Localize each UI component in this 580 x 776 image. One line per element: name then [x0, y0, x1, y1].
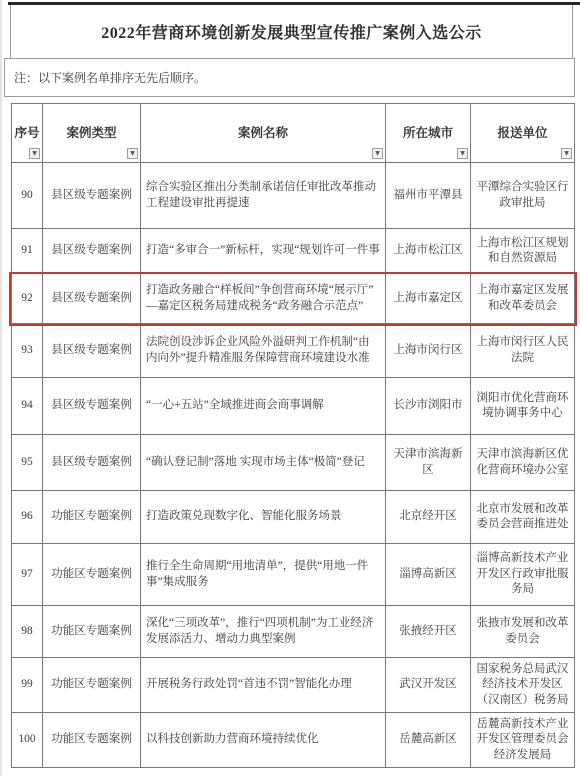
cell-name: “一心+五站”全域推进商会商事调解 — [141, 378, 386, 435]
cell-no: 96 — [12, 491, 43, 544]
table-header-row: 序号▼案例类型▼案例名称▼所在城市▼报送单位▼ — [12, 104, 575, 163]
note-box: 注：以下案例名单排序无先后顺序。 — [4, 58, 575, 97]
cell-name: 打造政务融合“样板间”争创营商环境“展示厅”—嘉定区税务局建成税务“政务融合示范… — [141, 274, 386, 324]
table-row-100: 100功能区专题案例以科技创新助力营商环境持续优化岳麓高新区岳麓高新技术产业开发… — [12, 713, 575, 768]
cell-city: 武汉开发区 — [386, 658, 471, 713]
cell-unit: 浏阳市优化营商环境协调事务中心 — [471, 378, 575, 435]
cell-name: 打造“多审合一”新标杆，实现“规划许可一件事 — [141, 229, 386, 274]
cell-unit: 平潭综合实验区行政审批局 — [471, 163, 575, 229]
cell-unit: 北京市发展和改革委员会营商推进处 — [471, 491, 575, 544]
cell-no: 99 — [12, 658, 43, 713]
note-text: 注：以下案例名单排序无先后顺序。 — [14, 69, 206, 86]
cell-unit: 上海市松江区规划和自然资源局 — [471, 229, 575, 274]
col-header-label: 案例类型 — [66, 126, 116, 140]
cell-city: 天津市滨海新区 — [386, 435, 471, 491]
table-row-99: 99功能区专题案例开展税务行政处罚“首违不罚”智能化办理武汉开发区国家税务总局武… — [12, 658, 575, 713]
cell-unit: 张掖市发展和改革委员会 — [471, 606, 575, 658]
cell-city: 北京经开区 — [386, 491, 471, 544]
cell-name: “确认登记制”落地 实现市场主体“极简”登记 — [141, 435, 386, 491]
table-row-94: 94县区级专题案例“一心+五站”全域推进商会商事调解长沙市浏阳市浏阳市优化营商环… — [12, 378, 575, 435]
col-header-name: 案例名称▼ — [141, 104, 386, 163]
cell-type: 功能区专题案例 — [43, 658, 141, 713]
table-row-92: 92县区级专题案例打造政务融合“样板间”争创营商环境“展示厅”—嘉定区税务局建成… — [12, 274, 575, 324]
cell-type: 县区级专题案例 — [43, 163, 141, 229]
cell-name: 以科技创新助力营商环境持续优化 — [141, 713, 386, 768]
cell-city: 张掖经开区 — [386, 606, 471, 658]
cell-type: 功能区专题案例 — [43, 713, 141, 768]
cell-unit: 淄博高新技术产业开发区行政审批服务局 — [471, 544, 575, 606]
cell-city: 上海市闵行区 — [386, 324, 471, 378]
cell-no: 90 — [12, 163, 43, 229]
filter-dropdown-button[interactable]: ▼ — [127, 148, 138, 159]
table-row-97: 97功能区专题案例推行全生命周期“用地清单”，提供“用地一件事”集成服务淄博高新… — [12, 544, 575, 606]
col-header-no: 序号▼ — [12, 104, 43, 163]
cell-type: 县区级专题案例 — [43, 274, 141, 324]
cell-type: 县区级专题案例 — [43, 435, 141, 491]
cell-city: 长沙市浏阳市 — [386, 378, 471, 435]
cell-type: 功能区专题案例 — [43, 491, 141, 544]
col-header-label: 报送单位 — [497, 126, 547, 140]
col-header-label: 序号 — [14, 126, 39, 140]
col-header-label: 案例名称 — [238, 126, 288, 140]
cell-city: 淄博高新区 — [386, 544, 471, 606]
cell-no: 93 — [12, 324, 43, 378]
table-row-91: 91县区级专题案例打造“多审合一”新标杆，实现“规划许可一件事上海市松江区上海市… — [12, 229, 575, 274]
filter-dropdown-button[interactable]: ▼ — [561, 148, 572, 159]
announcement-page: 2022年营商环境创新发展典型宣传推广案例入选公示 注：以下案例名单排序无先后顺… — [0, 0, 580, 776]
col-header-unit: 报送单位▼ — [471, 104, 575, 163]
cell-type: 功能区专题案例 — [43, 544, 141, 606]
table-row-98: 98功能区专题案例深化“三项改革”，推行“四项机制”为工业经济发展添活力、增动力… — [12, 606, 575, 658]
cell-name: 法院创设涉诉企业风险外溢研判工作机制“由内向外”提升精准服务保障营商环境建设水准 — [141, 324, 386, 378]
cell-name: 开展税务行政处罚“首违不罚”智能化办理 — [141, 658, 386, 713]
cell-name: 推行全生命周期“用地清单”，提供“用地一件事”集成服务 — [141, 544, 386, 606]
cell-unit: 天津市滨海新区优化营商环境办公室 — [471, 435, 575, 491]
col-header-city: 所在城市▼ — [386, 104, 471, 163]
cell-no: 94 — [12, 378, 43, 435]
cell-no: 91 — [12, 229, 43, 274]
cell-type: 县区级专题案例 — [43, 378, 141, 435]
table-row-90: 90县区级专题案例综合实验区推出分类制承诺信任审批改革推动工程建设审批再提速福州… — [12, 163, 575, 229]
title-box: 2022年营商环境创新发展典型宣传推广案例入选公示 — [10, 5, 573, 58]
cell-no: 92 — [12, 274, 43, 324]
table-row-96: 96功能区专题案例打造政策兑现数字化、智能化服务场景北京经开区北京市发展和改革委… — [12, 491, 575, 544]
cell-type: 县区级专题案例 — [43, 324, 141, 378]
cell-name: 深化“三项改革”，推行“四项机制”为工业经济发展添活力、增动力典型案例 — [141, 606, 386, 658]
cell-unit: 岳麓高新技术产业开发区管理委员会经济发展局 — [471, 713, 575, 768]
cell-name: 综合实验区推出分类制承诺信任审批改革推动工程建设审批再提速 — [141, 163, 386, 229]
page-title: 2022年营商环境创新发展典型宣传推广案例入选公示 — [101, 20, 482, 43]
cell-city: 上海市松江区 — [386, 229, 471, 274]
cell-unit: 国家税务总局武汉经济技术开发区（汉南区）税务局 — [471, 658, 575, 713]
col-header-type: 案例类型▼ — [43, 104, 141, 163]
cell-city: 福州市平潭县 — [386, 163, 471, 229]
filter-dropdown-button[interactable]: ▼ — [372, 148, 383, 159]
cell-no: 100 — [12, 713, 43, 768]
cell-type: 县区级专题案例 — [43, 229, 141, 274]
cell-no: 97 — [12, 544, 43, 606]
cell-no: 98 — [12, 606, 43, 658]
cell-type: 功能区专题案例 — [43, 606, 141, 658]
cell-unit: 上海市嘉定区发展和改革委员会 — [471, 274, 575, 324]
cell-city: 上海市嘉定区 — [386, 274, 471, 324]
table-row-95: 95县区级专题案例“确认登记制”落地 实现市场主体“极简”登记天津市滨海新区天津… — [12, 435, 575, 491]
cell-no: 95 — [12, 435, 43, 491]
filter-dropdown-button[interactable]: ▼ — [29, 148, 40, 159]
cell-city: 岳麓高新区 — [386, 713, 471, 768]
filter-dropdown-button[interactable]: ▼ — [457, 148, 468, 159]
cases-table: 序号▼案例类型▼案例名称▼所在城市▼报送单位▼ 90县区级专题案例综合实验区推出… — [11, 103, 575, 768]
cell-name: 打造政策兑现数字化、智能化服务场景 — [141, 491, 386, 544]
cell-unit: 上海市闵行区人民法院 — [471, 324, 575, 378]
col-header-label: 所在城市 — [403, 126, 453, 140]
table-row-93: 93县区级专题案例法院创设涉诉企业风险外溢研判工作机制“由内向外”提升精准服务保… — [12, 324, 575, 378]
